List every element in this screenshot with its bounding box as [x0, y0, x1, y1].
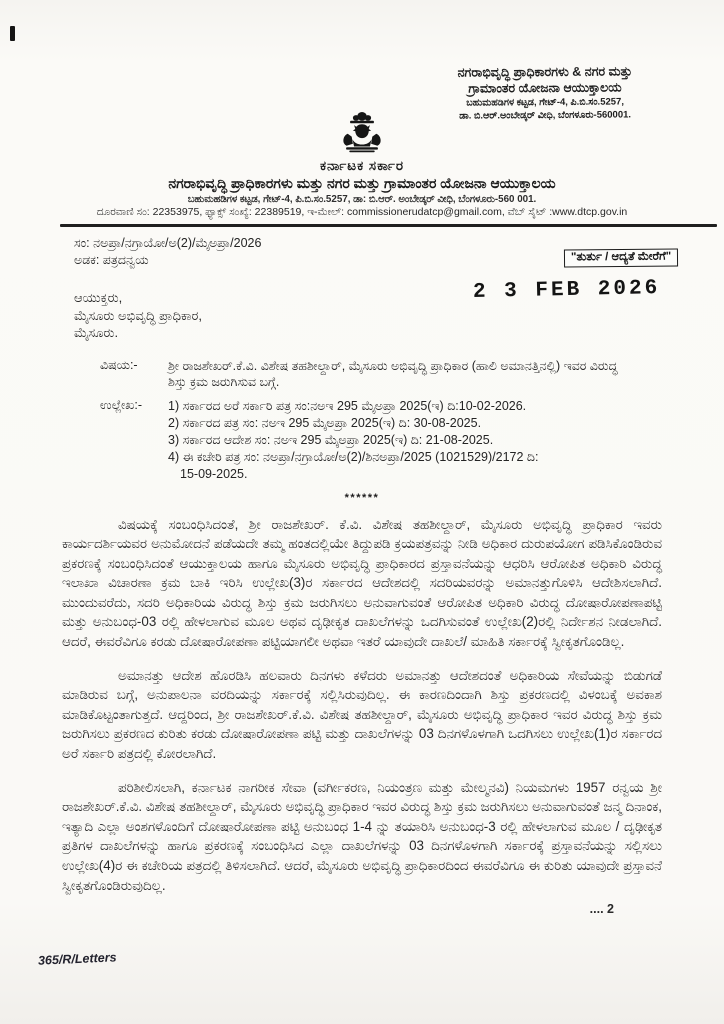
karnataka-emblem-icon	[338, 110, 386, 156]
body-paragraph-3: ಪರಿಶೀಲಿಸಲಾಗಿ, ಕರ್ನಾಟಕ ನಾಗರೀಕ ಸೇವಾ (ವರ್ಗೀ…	[62, 778, 662, 896]
organisation-title: ನಗರಾಭಿವೃದ್ಧಿ ಪ್ರಾಧಿಕಾರಗಳು ಮತ್ತು ನಗರ ಮತ್ತ…	[0, 175, 724, 192]
reference-item: 4) ಈ ಕಚೇರಿ ಪತ್ರ ಸಂ: ನಅಪ್ರಾ/ನಗ್ರಾಯೋ/ಅ(2)/…	[168, 449, 548, 483]
letter-meta: ಸಂ: ನಅಪ್ರಾ/ನಗ್ರಾಯೋ/ಅ(2)/ಮೈಅಪ್ರಾ/2026 ಅಡಕ…	[74, 235, 724, 273]
subject-text: ಶ್ರೀ ರಾಜಶೇಖರ್.ಕೆ.ವಿ. ವಿಶೇಷ ತಹಶೀಲ್ದಾರ್, ಮ…	[168, 358, 620, 391]
received-date-stamp: 2 3 FEB 2026	[473, 277, 661, 304]
office-contact: ದೂರವಾಣಿ ಸಂ: 22353975, ಫ್ಯಾಕ್ಸ್ ಸಂಖ್ಯೆ: 2…	[0, 206, 724, 219]
subject-row: ವಿಷಯ:- ಶ್ರೀ ರಾಜಶೇಖರ್.ಕೆ.ವಿ. ವಿಶೇಷ ತಹಶೀಲ್…	[100, 358, 724, 391]
office-address: ಬಹುಮಹಡಿಗಳ ಕಟ್ಟಡ, ಗೇಟ್-4, ಪಿ.ಬಿ.ಸಂ.5257, …	[0, 194, 724, 205]
references-row: ಉಲ್ಲೇಖ:- 1) ಸರ್ಕಾರದ ಅರೆ ಸರ್ಕಾರಿ ಪತ್ರ ಸಂ:…	[100, 398, 724, 483]
reference-item: 1) ಸರ್ಕಾರದ ಅರೆ ಸರ್ಕಾರಿ ಪತ್ರ ಸಂ:ನಅಇ 295 ಮ…	[168, 398, 638, 415]
continuation-marker: .... 2	[0, 902, 614, 916]
addressee-line: ಮೈಸೂರು.	[74, 324, 724, 342]
subject-label: ವಿಷಯ:-	[100, 358, 168, 391]
references-list: 1) ಸರ್ಕಾರದ ಅರೆ ಸರ್ಕಾರಿ ಪತ್ರ ಸಂ:ನಅಇ 295 ಮ…	[168, 398, 638, 483]
urgent-priority-stamp: "ತುರ್ತು / ಆದ್ಯತೆ ಮೇರೆಗೆ"	[564, 249, 678, 268]
references-label: ಉಲ್ಲೇಖ:-	[100, 398, 168, 483]
section-separator: ******	[0, 492, 724, 504]
body-paragraph-2: ಅಮಾನತ್ತು ಆದೇಶ ಹೊರಡಿಸಿ ಹಲವಾರು ದಿನಗಳು ಕಳೆದ…	[62, 666, 662, 764]
body-paragraph-1: ವಿಷಯಕ್ಕೆ ಸಂಬಂಧಿಸಿದಂತೆ, ಶ್ರೀ ರಾಜಶೇಖರ್. ಕೆ…	[62, 515, 662, 652]
header-divider	[60, 224, 717, 227]
letterhead: ಕರ್ನಾಟಕ ಸರ್ಕಾರ ನಗರಾಭಿವೃದ್ಧಿ ಪ್ರಾಧಿಕಾರಗಳು…	[0, 0, 724, 219]
file-reference-note: 365/R/Letters	[38, 950, 117, 967]
government-title: ಕರ್ನಾಟಕ ಸರ್ಕಾರ	[0, 158, 724, 174]
addressee-line: ಮೈಸೂರು ಅಭಿವೃದ್ಧಿ ಪ್ರಾಧಿಕಾರ,	[74, 307, 724, 325]
scanned-letter-page: ನಗರಾಭಿವೃದ್ಧಿ ಪ್ರಾಧಿಕಾರಗಳು & ನಗರ ಮತ್ತು ಗ್…	[0, 0, 724, 1024]
reference-item: 2) ಸರ್ಕಾರದ ಪತ್ರ ಸಂ: ನಅಇ 295 ಮೈಅಪ್ರಾ 2025…	[168, 415, 638, 432]
reference-item: 3) ಸರ್ಕಾರದ ಆದೇಶ ಸಂ: ನಅಇ 295 ಮೈಅಪ್ರಾ 2025…	[168, 432, 638, 449]
